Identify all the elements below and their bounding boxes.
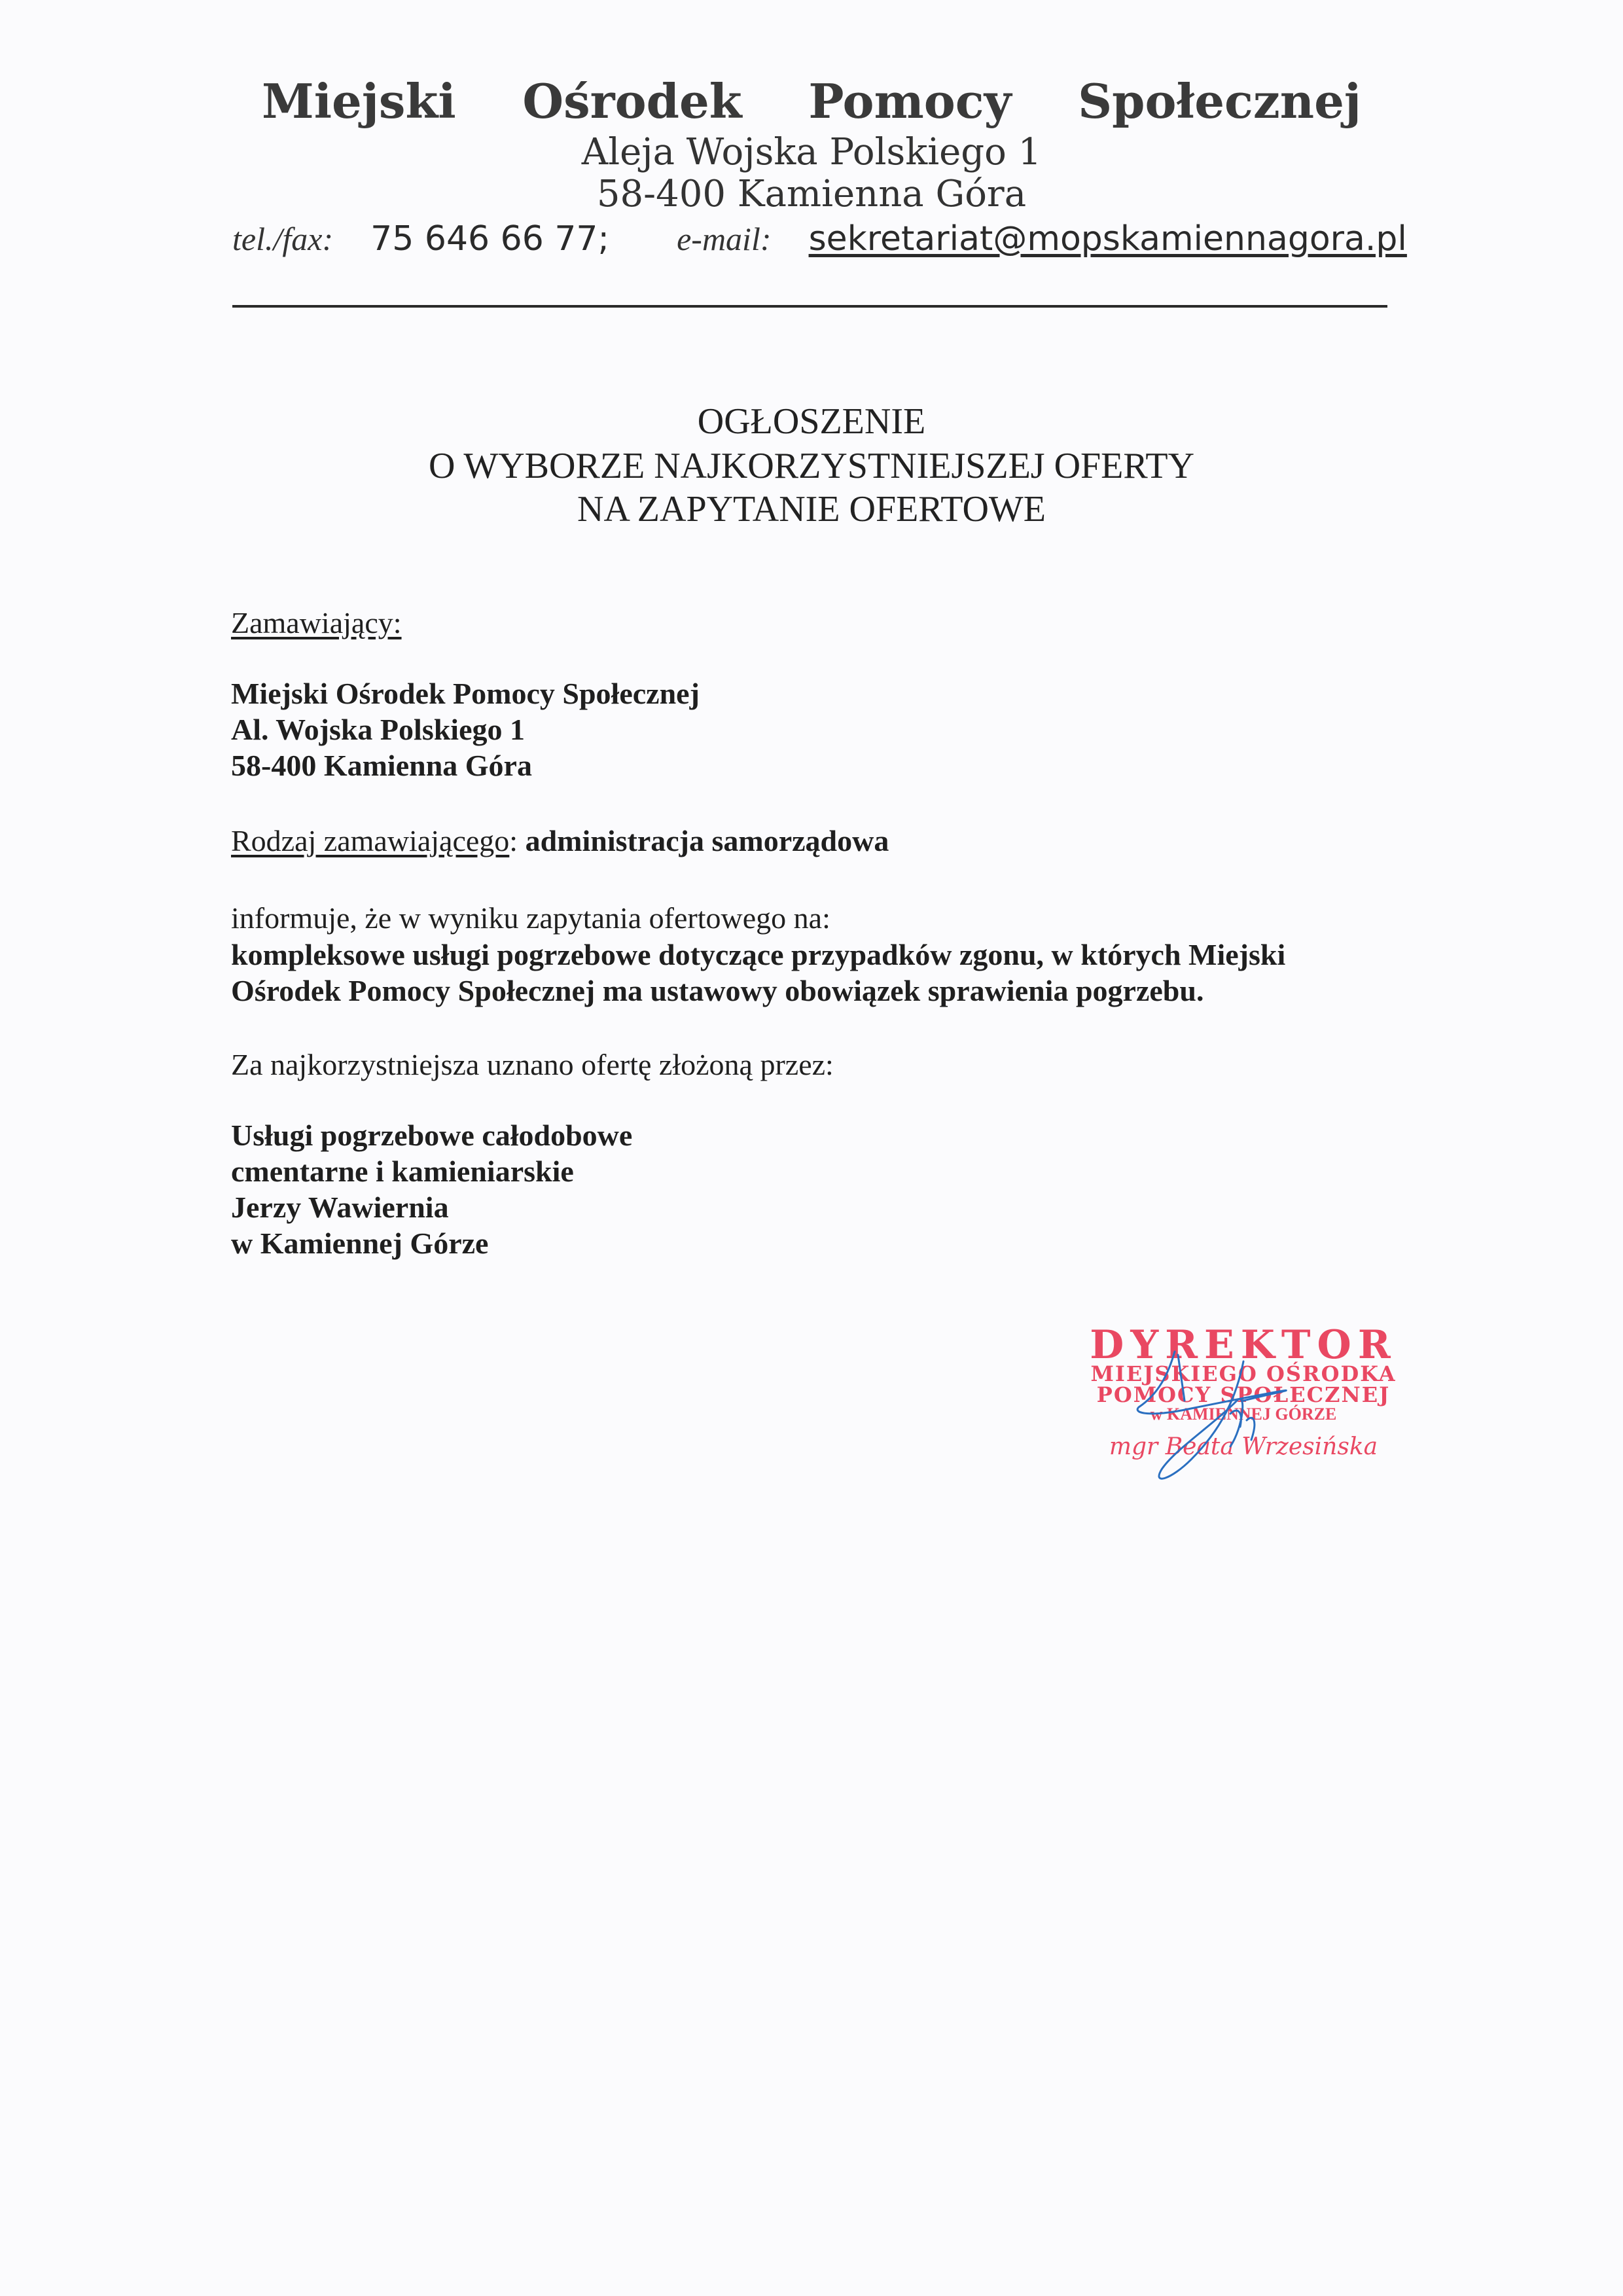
- orderer-type-separator: :: [509, 824, 525, 857]
- winner-line: Jerzy Wawiernia: [231, 1190, 449, 1225]
- subject-line-1: kompleksowe usługi pogrzebowe dotyczące …: [231, 937, 1285, 972]
- email-label: e-mail:: [677, 221, 771, 257]
- winner-line: Usługi pogrzebowe całodobowe: [231, 1118, 632, 1153]
- letterhead-contact: tel./fax: 75 646 66 77; e-mail: sekretar…: [232, 219, 1407, 259]
- orderer-type-label: Rodzaj zamawiającego: [231, 824, 509, 857]
- announcement-subtitle-1: O WYBORZE NAJKORZYSTNIEJSZEJ OFERTY: [0, 445, 1623, 487]
- orderer-type: Rodzaj zamawiającego: administracja samo…: [231, 823, 889, 858]
- winner-line: w Kamiennej Górze: [231, 1226, 488, 1261]
- orderer-street: Al. Wojska Polskiego 1: [231, 712, 525, 747]
- letterhead-address-city: 58-400 Kamienna Góra: [0, 173, 1623, 215]
- tel-label: tel./fax:: [232, 221, 333, 257]
- announcement-subtitle-2: NA ZAPYTANIE OFERTOWE: [0, 488, 1623, 530]
- intro-text: informuje, że w wyniku zapytania ofertow…: [231, 901, 830, 935]
- org-name-word: Ośrodek: [522, 73, 741, 129]
- orderer-name: Miejski Ośrodek Pomocy Społecznej: [231, 676, 700, 711]
- org-name-word: Pomocy: [808, 73, 1011, 129]
- org-name-word: Społecznej: [1078, 73, 1361, 129]
- winner-line: cmentarne i kamieniarskie: [231, 1154, 574, 1189]
- winner-intro: Za najkorzystniejsza uznano ofertę złożo…: [231, 1047, 834, 1082]
- letterhead-address-street: Aleja Wojska Polskiego 1: [0, 131, 1623, 173]
- handwritten-signature: [1113, 1335, 1348, 1492]
- subject-line-2: Ośrodek Pomocy Społecznej ma ustawowy ob…: [231, 973, 1204, 1008]
- orderer-city: 58-400 Kamienna Góra: [231, 748, 532, 783]
- tel-value: 75 646 66 77;: [370, 219, 609, 259]
- email-link[interactable]: sekretariat@mopskamiennagora.pl: [809, 219, 1407, 259]
- orderer-label: Zamawiający:: [231, 605, 402, 640]
- letterhead-divider: [232, 305, 1387, 308]
- orderer-type-value: administracja samorządowa: [526, 824, 889, 857]
- announcement-title: OGŁOSZENIE: [0, 401, 1623, 442]
- org-name-word: Miejski: [262, 73, 456, 129]
- organization-name: Miejski Ośrodek Pomocy Społecznej: [262, 73, 1361, 129]
